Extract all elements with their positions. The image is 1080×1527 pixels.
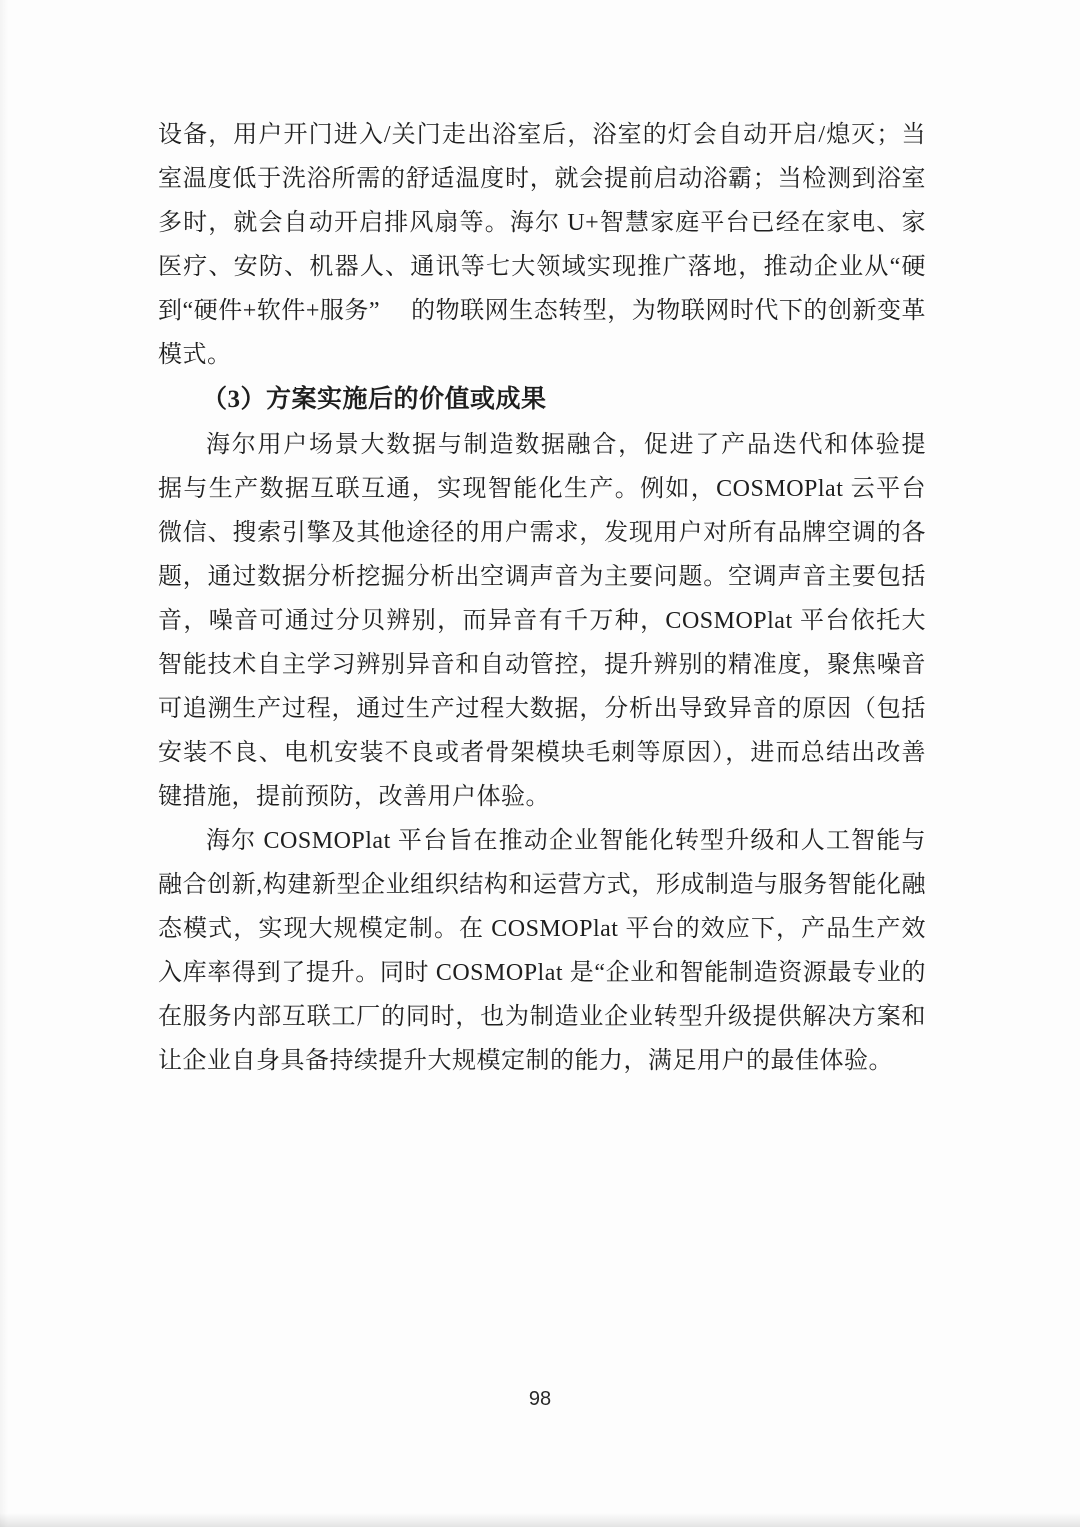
text-line: 安装不良、电机安装不良或者骨架模块毛刺等原因），进而总结出改善异音的关 bbox=[158, 731, 926, 775]
text-line: 设备，用户开门进入/关门走出浴室后，浴室的灯会自动开启/熄灭；当检测到浴 bbox=[158, 113, 926, 157]
text-line: 据与生产数据互联互通，实现智能化生产。例如，COSMOPlat 云平台搜集微博、 bbox=[158, 467, 926, 511]
text-line: 多时，就会自动开启排风扇等。海尔 U+智慧家庭平台已经在家电、家具、家装、 bbox=[158, 201, 926, 245]
page-number: 98 bbox=[0, 1385, 1080, 1413]
document-page: 设备，用户开门进入/关门走出浴室后，浴室的灯会自动开启/熄灭；当检测到浴 室温度… bbox=[0, 0, 1080, 1527]
text-line: 智能技术自主学习辨别异音和自动管控，提升辨别的精准度，聚焦噪音问题后， bbox=[158, 643, 926, 687]
text-line: 室温度低于洗浴所需的舒适温度时，就会提前启动浴霸；当检测到浴室内水汽过 bbox=[158, 157, 926, 201]
text-line: 融合创新,构建新型企业组织结构和运营方式，形成制造与服务智能化融合的业 bbox=[158, 863, 926, 907]
scan-artifact-bottom bbox=[0, 1513, 1080, 1527]
scan-artifact-left bbox=[0, 0, 8, 1527]
text-line: 可追溯生产过程，通过生产过程大数据，分析出导致异音的原因（包括空调风扇 bbox=[158, 687, 926, 731]
text-line: 模式。 bbox=[158, 333, 926, 377]
text-line: 海尔用户场景大数据与制造数据融合，促进了产品迭代和体验提升。用户数 bbox=[158, 423, 926, 467]
text-line: 入库率得到了提升。同时 COSMOPlat 是“企业和智能制造资源最专业的连接者… bbox=[158, 951, 926, 995]
text-line: 到“硬件+软件+服务” 的物联网生态转型，为物联网时代下的创新变革带来新 bbox=[158, 289, 926, 333]
text-line: 海尔 COSMOPlat 平台旨在推动企业智能化转型升级和人工智能与制造行业 bbox=[158, 819, 926, 863]
text-line: 医疗、安防、机器人、通讯等七大领域实现推广落地，推动企业从“硬件制造” bbox=[158, 245, 926, 289]
section-heading: （3）方案实施后的价值或成果 bbox=[158, 377, 926, 423]
text-line: 让企业自身具备持续提升大规模定制的能力，满足用户的最佳体验。 bbox=[158, 1039, 926, 1083]
text-line: 在服务内部互联工厂的同时，也为制造业企业转型升级提供解决方案和增值服务， bbox=[158, 995, 926, 1039]
text-line: 态模式，实现大规模定制。在 COSMOPlat 平台的效应下，产品生产效率和产品… bbox=[158, 907, 926, 951]
text-line: 键措施，提前预防，改善用户体验。 bbox=[158, 775, 926, 819]
text-line: 题，通过数据分析挖掘分析出空调声音为主要问题。空调声音主要包括噪音和异 bbox=[158, 555, 926, 599]
text-block: 设备，用户开门进入/关门走出浴室后，浴室的灯会自动开启/熄灭；当检测到浴 室温度… bbox=[158, 113, 926, 1083]
text-line: 微信、搜索引擎及其他途径的用户需求，发现用户对所有品牌空调的各类需求问 bbox=[158, 511, 926, 555]
text-line: 音，噪音可通过分贝辨别，而异音有千万种，COSMOPlat 平台依托大数据和人工 bbox=[158, 599, 926, 643]
